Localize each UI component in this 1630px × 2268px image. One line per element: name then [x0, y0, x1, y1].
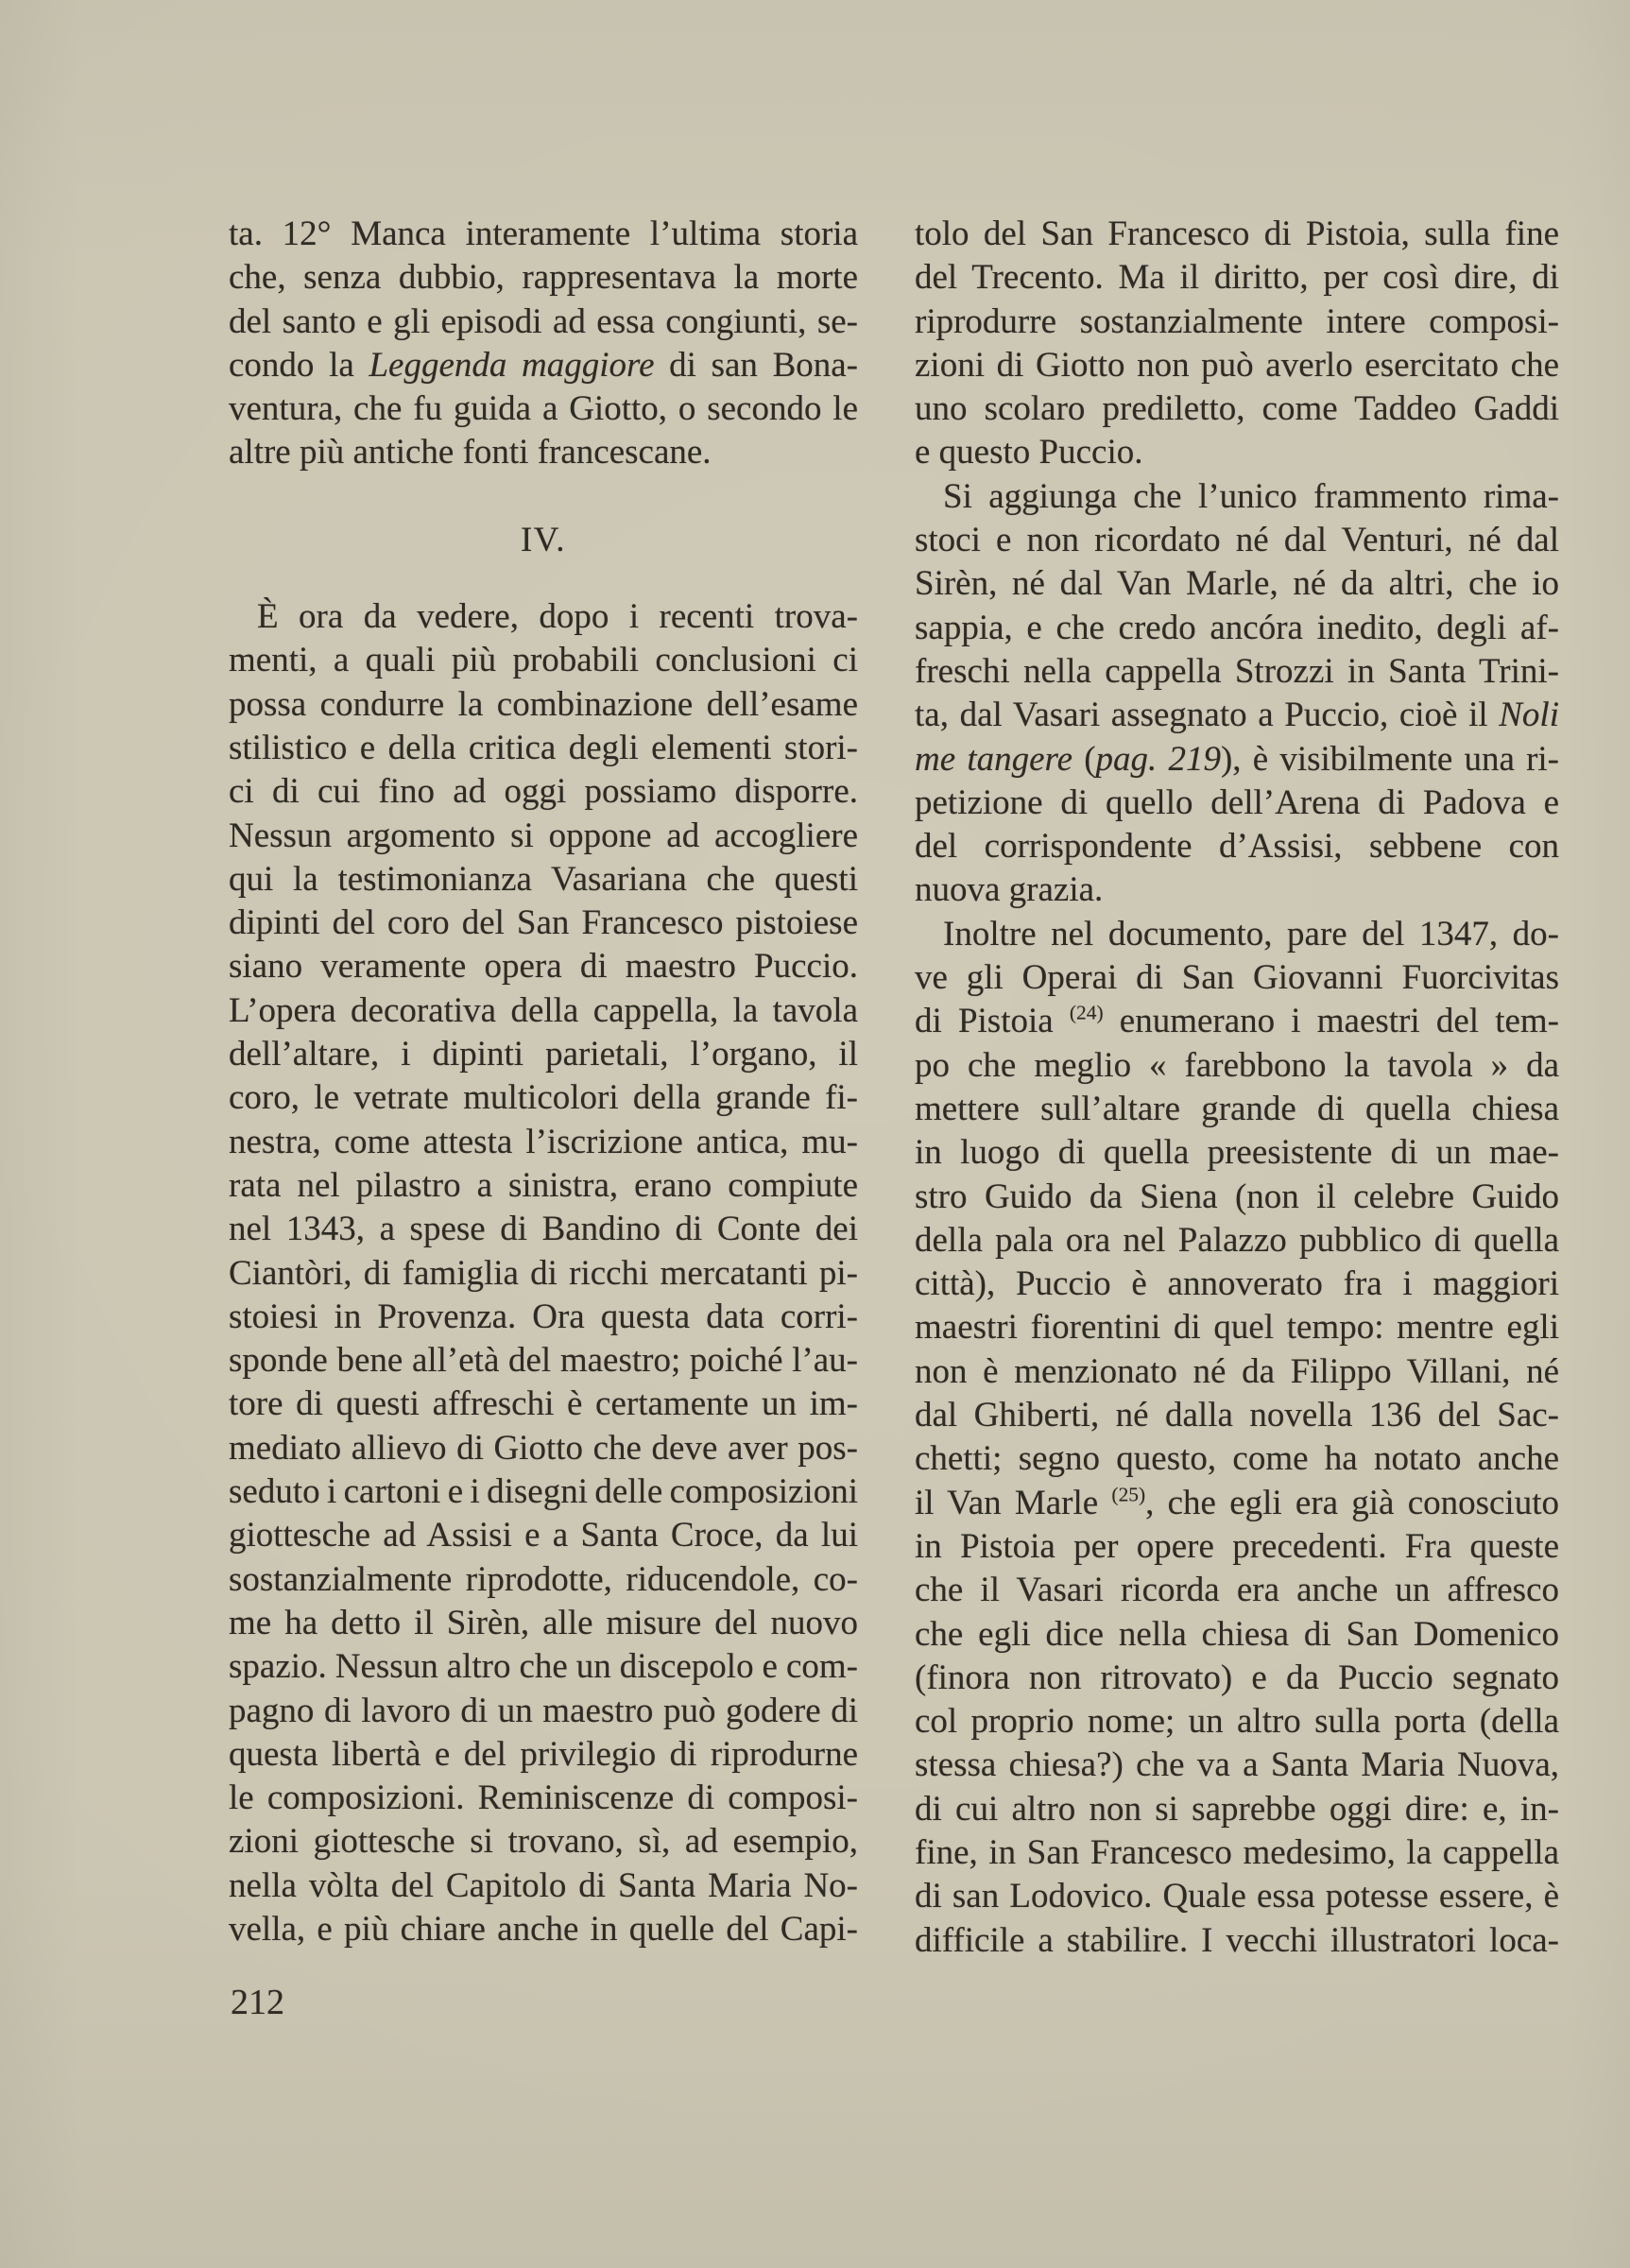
text-line: di san Lodovico. Quale essa potesse esse… [915, 1875, 1559, 1918]
text-line-content: freschi nella cappella Strozzi in Santa … [915, 652, 1559, 691]
text-line: seduto i cartoni e i disegni delle compo… [229, 1470, 858, 1514]
text-line-content: spazio. Nessun altro che un discepolo e … [229, 1647, 858, 1686]
text-line-content: Ciantòri, di famiglia di ricchi mercatan… [229, 1254, 858, 1293]
text-line-content: nel 1343, a spese di Bandino di Conte de… [229, 1210, 858, 1248]
text-line-content: in luogo di quella preesistente di un ma… [915, 1133, 1559, 1172]
page-number: 212 [231, 1981, 284, 2024]
text-line: menti, a quali più probabili conclusioni… [229, 639, 858, 682]
text-line: me ha detto il Sirèn, alle misure del nu… [229, 1602, 858, 1645]
text-line-content: stilistico e della critica degli element… [229, 729, 858, 767]
text-line-content: col proprio nome; un altro sulla porta (… [915, 1702, 1559, 1741]
text-line-content: nella vòlta del Capitolo di Santa Maria … [229, 1866, 858, 1905]
text-line-content: condo la Leggenda maggiore di san Bona- [229, 346, 858, 385]
text-line: che, senza dubbio, rappresentava la mort… [229, 256, 858, 300]
text-line-content: stoci e non ricordato né dal Venturi, né… [915, 521, 1559, 559]
text-line: le composizioni. Reminiscenze di composi… [229, 1777, 858, 1820]
text-line-content: È ora da vedere, dopo i recenti trova- [257, 597, 858, 636]
text-line-content: zioni giottesche si trovano, sì, ad esem… [229, 1822, 858, 1861]
text-line-content: città), Puccio è annoverato fra i maggio… [915, 1264, 1559, 1303]
text-line-content: dipinti del coro del San Francesco pisto… [229, 903, 858, 942]
text-line-content: Si aggiunga che l’unico frammento rima- [943, 477, 1559, 516]
text-line-content: stoiesi in Provenza. Ora questa data cor… [229, 1297, 858, 1336]
text-line-content: nuova grazia. [915, 870, 1103, 909]
text-line: mediato allievo di Giotto che deve aver … [229, 1427, 858, 1470]
text-line-content: tore di questi affreschi è certamente un… [229, 1384, 858, 1423]
text-line-content: siano veramente opera di maestro Puccio. [229, 947, 858, 986]
text-line: siano veramente opera di maestro Puccio. [229, 945, 858, 988]
text-line: non è menzionato né da Filippo Villani, … [915, 1350, 1559, 1394]
text-line-content: ta. 12° Manca interamente l’ultima stori… [229, 215, 858, 253]
text-line: zioni di Giotto non può averlo esercitat… [915, 344, 1559, 387]
text-line: in luogo di quella preesistente di un ma… [915, 1131, 1559, 1175]
text-line-content: sappia, e che credo ancóra inedito, degl… [915, 609, 1559, 647]
text-line-content: che egli dice nella chiesa di San Domeni… [915, 1615, 1559, 1654]
text-line-content: seduto i cartoni e i disegni delle compo… [229, 1472, 858, 1511]
text-line: nel 1343, a spese di Bandino di Conte de… [229, 1208, 858, 1251]
text-line-content: stro Guido da Siena (non il celebre Guid… [915, 1177, 1559, 1216]
text-line: dal Ghiberti, né dalla novella 136 del S… [915, 1394, 1559, 1437]
text-line-content: dell’altare, i dipinti parietali, l’orga… [229, 1035, 858, 1074]
right-column: tolo del San Francesco di Pistoia, sulla… [915, 213, 1559, 1963]
text-line: difficile a stabilire. I vecchi illustra… [915, 1919, 1559, 1963]
text-line: stoiesi in Provenza. Ora questa data cor… [229, 1296, 858, 1339]
text-line: Ciantòri, di famiglia di ricchi mercatan… [229, 1252, 858, 1296]
text-line: altre più antiche fonti francescane. [229, 431, 858, 474]
text-line: ventura, che fu guida a Giotto, o second… [229, 387, 858, 431]
text-line-content: maestri fiorentini di quel tempo: mentre… [915, 1308, 1559, 1347]
text-line: riprodurre sostanzialmente intere compos… [915, 301, 1559, 344]
text-line-content: me ha detto il Sirèn, alle misure del nu… [229, 1604, 858, 1642]
text-line: ta. 12° Manca interamente l’ultima stori… [229, 213, 858, 256]
text-line-content: altre più antiche fonti francescane. [229, 433, 712, 472]
text-line: di Pistoia (24) enumerano i maestri del … [915, 1000, 1559, 1043]
text-line: zioni giottesche si trovano, sì, ad esem… [229, 1820, 858, 1864]
text-line: col proprio nome; un altro sulla porta (… [915, 1700, 1559, 1744]
text-line-content: ventura, che fu guida a Giotto, o second… [229, 389, 858, 428]
left-column: ta. 12° Manca interamente l’ultima stori… [229, 213, 858, 1951]
text-line-content: ta, dal Vasari assegnato a Puccio, cioè … [915, 696, 1559, 734]
text-line-content: L’opera decorativa della cappella, la ta… [229, 991, 858, 1030]
text-line-content: difficile a stabilire. I vecchi illustra… [915, 1921, 1559, 1960]
text-line-content: questa libertà e del privilegio di ripro… [229, 1735, 858, 1774]
text-line: uno scolaro prediletto, come Taddeo Gadd… [915, 387, 1559, 431]
text-line-content: menti, a quali più probabili conclusioni… [229, 641, 858, 679]
text-line-content: coro, le vetrate multicolori della grand… [229, 1078, 858, 1117]
text-line-content: di Pistoia (24) enumerano i maestri del … [915, 1002, 1559, 1040]
text-line-content: della pala ora nel Palazzo pubblico di q… [915, 1221, 1559, 1260]
text-line-content: sostanzialmente riprodotte, riducendole,… [229, 1560, 858, 1599]
text-line: (finora non ritrovato) e da Puccio segna… [915, 1657, 1559, 1700]
book-page: ta. 12° Manca interamente l’ultima stori… [0, 0, 1630, 2268]
text-line-content: del corrispondente d’Assisi, sebbene con [915, 827, 1559, 866]
text-line-content: Nessun argomento si oppone ad accogliere [229, 816, 858, 855]
section-heading: IV. [229, 519, 858, 562]
text-line: e questo Puccio. [915, 431, 1559, 474]
text-line-content: mettere sull’altare grande di quella chi… [915, 1090, 1559, 1128]
text-line-content: mediato allievo di Giotto che deve aver … [229, 1429, 858, 1468]
text-line: che il Vasari ricorda era anche un affre… [915, 1569, 1559, 1612]
text-line: vella, e più chiare anche in quelle del … [229, 1908, 858, 1951]
text-line-content: vella, e più chiare anche in quelle del … [229, 1910, 858, 1949]
text-line: nuova grazia. [915, 868, 1559, 912]
text-line: giottesche ad Assisi e a Santa Croce, da… [229, 1514, 858, 1557]
text-line-content: Inoltre nel documento, pare del 1347, do… [943, 915, 1559, 954]
text-line-content: giottesche ad Assisi e a Santa Croce, da… [229, 1516, 858, 1555]
text-line: mettere sull’altare grande di quella chi… [915, 1088, 1559, 1131]
text-line-content: riprodurre sostanzialmente intere compos… [915, 302, 1559, 341]
text-line: stoci e non ricordato né dal Venturi, né… [915, 519, 1559, 562]
text-line: Inoltre nel documento, pare del 1347, do… [915, 913, 1559, 956]
text-line-content: in Pistoia per opere precedenti. Fra que… [915, 1527, 1559, 1566]
text-line: in Pistoia per opere precedenti. Fra que… [915, 1525, 1559, 1569]
text-line: nella vòlta del Capitolo di Santa Maria … [229, 1864, 858, 1908]
text-line-content: dal Ghiberti, né dalla novella 136 del S… [915, 1396, 1559, 1435]
text-line: freschi nella cappella Strozzi in Santa … [915, 650, 1559, 694]
text-line-content: zioni di Giotto non può averlo esercitat… [915, 346, 1559, 385]
text-line: condo la Leggenda maggiore di san Bona- [229, 344, 858, 387]
text-line-content: pagno di lavoro di un maestro può godere… [229, 1692, 858, 1730]
text-line-content: non è menzionato né da Filippo Villani, … [915, 1352, 1559, 1391]
text-line: sponde bene all’età del maestro; poiché … [229, 1339, 858, 1383]
text-line-content: il Van Marle (25), che egli era già cono… [915, 1484, 1559, 1522]
text-line: fine, in San Francesco medesimo, la capp… [915, 1831, 1559, 1875]
text-line: stessa chiesa?) che va a Santa Maria Nuo… [915, 1744, 1559, 1787]
text-line-content: po che meglio « farebbono la tavola » da [915, 1046, 1559, 1085]
text-line-content: le composizioni. Reminiscenze di composi… [229, 1778, 858, 1817]
text-line: ve gli Operai di San Giovanni Fuorcivita… [915, 956, 1559, 1000]
text-line: città), Puccio è annoverato fra i maggio… [915, 1263, 1559, 1306]
text-line: dipinti del coro del San Francesco pisto… [229, 902, 858, 945]
text-line-content: sponde bene all’età del maestro; poiché … [229, 1341, 858, 1380]
text-line-content: del Trecento. Ma il diritto, per così di… [915, 258, 1559, 297]
text-line: me tangere (pag. 219), è visibilmente un… [915, 738, 1559, 782]
text-line: spazio. Nessun altro che un discepolo e … [229, 1645, 858, 1689]
text-line-content: (finora non ritrovato) e da Puccio segna… [915, 1658, 1559, 1697]
text-line: dell’altare, i dipinti parietali, l’orga… [229, 1033, 858, 1076]
text-line-content: fine, in San Francesco medesimo, la capp… [915, 1833, 1559, 1872]
text-line: pagno di lavoro di un maestro può godere… [229, 1690, 858, 1733]
text-line-content: uno scolaro prediletto, come Taddeo Gadd… [915, 389, 1559, 428]
text-line-content: ve gli Operai di San Giovanni Fuorcivita… [915, 958, 1559, 997]
text-line-content: del santo e gli episodi ad essa congiunt… [229, 302, 858, 341]
text-line: della pala ora nel Palazzo pubblico di q… [915, 1219, 1559, 1263]
text-line-content: chetti; segno questo, come ha notato anc… [915, 1439, 1559, 1478]
text-line: qui la testimonianza Vasariana che quest… [229, 858, 858, 902]
text-line: L’opera decorativa della cappella, la ta… [229, 989, 858, 1033]
text-line-content: e questo Puccio. [915, 433, 1142, 472]
text-line-content: stessa chiesa?) che va a Santa Maria Nuo… [915, 1745, 1559, 1784]
text-line: ta, dal Vasari assegnato a Puccio, cioè … [915, 694, 1559, 737]
text-line: il Van Marle (25), che egli era già cono… [915, 1482, 1559, 1525]
text-line: che egli dice nella chiesa di San Domeni… [915, 1613, 1559, 1657]
text-line: ci di cui fino ad oggi possiamo disporre… [229, 770, 858, 814]
text-line: tolo del San Francesco di Pistoia, sulla… [915, 213, 1559, 256]
text-line-content: tolo del San Francesco di Pistoia, sulla… [915, 215, 1559, 253]
text-line: rata nel pilastro a sinistra, erano comp… [229, 1164, 858, 1208]
text-line-content: petizione di quello dell’Arena di Padova… [915, 783, 1559, 822]
text-line-content: ci di cui fino ad oggi possiamo disporre… [229, 772, 858, 811]
text-line: petizione di quello dell’Arena di Padova… [915, 782, 1559, 825]
text-line: tore di questi affreschi è certamente un… [229, 1383, 858, 1426]
text-line-content: me tangere (pag. 219), è visibilmente un… [915, 740, 1559, 779]
text-line: di cui altro non si saprebbe oggi dire: … [915, 1788, 1559, 1831]
text-line: stilistico e della critica degli element… [229, 727, 858, 770]
text-line: possa condurre la combinazione dell’esam… [229, 683, 858, 727]
text-line: questa libertà e del privilegio di ripro… [229, 1733, 858, 1777]
text-line: Si aggiunga che l’unico frammento rima- [915, 475, 1559, 519]
text-line: Nessun argomento si oppone ad accogliere [229, 815, 858, 858]
text-line: stro Guido da Siena (non il celebre Guid… [915, 1176, 1559, 1219]
text-line: del corrispondente d’Assisi, sebbene con [915, 825, 1559, 868]
text-line: Sirèn, né dal Van Marle, né da altri, ch… [915, 562, 1559, 606]
text-line: sostanzialmente riprodotte, riducendole,… [229, 1558, 858, 1602]
text-line-content: rata nel pilastro a sinistra, erano comp… [229, 1166, 858, 1205]
text-line-content: che il Vasari ricorda era anche un affre… [915, 1571, 1559, 1609]
text-line-content: di cui altro non si saprebbe oggi dire: … [915, 1790, 1559, 1829]
text-line-content: possa condurre la combinazione dell’esam… [229, 685, 858, 724]
text-line: del santo e gli episodi ad essa congiunt… [229, 301, 858, 344]
text-line-content: qui la testimonianza Vasariana che quest… [229, 860, 858, 899]
text-line: sappia, e che credo ancóra inedito, degl… [915, 607, 1559, 650]
text-line: maestri fiorentini di quel tempo: mentre… [915, 1306, 1559, 1349]
text-line: nestra, come attesta l’iscrizione antica… [229, 1121, 858, 1164]
text-line: po che meglio « farebbono la tavola » da [915, 1044, 1559, 1088]
text-line: del Trecento. Ma il diritto, per così di… [915, 256, 1559, 300]
text-line: coro, le vetrate multicolori della grand… [229, 1076, 858, 1120]
text-line-content: di san Lodovico. Quale essa potesse esse… [915, 1877, 1559, 1916]
text-line-content: Sirèn, né dal Van Marle, né da altri, ch… [915, 564, 1559, 603]
text-line: chetti; segno questo, come ha notato anc… [915, 1437, 1559, 1481]
text-line: È ora da vedere, dopo i recenti trova- [229, 595, 858, 639]
text-line-content: nestra, come attesta l’iscrizione antica… [229, 1123, 858, 1161]
text-line-content: che, senza dubbio, rappresentava la mort… [229, 258, 858, 297]
